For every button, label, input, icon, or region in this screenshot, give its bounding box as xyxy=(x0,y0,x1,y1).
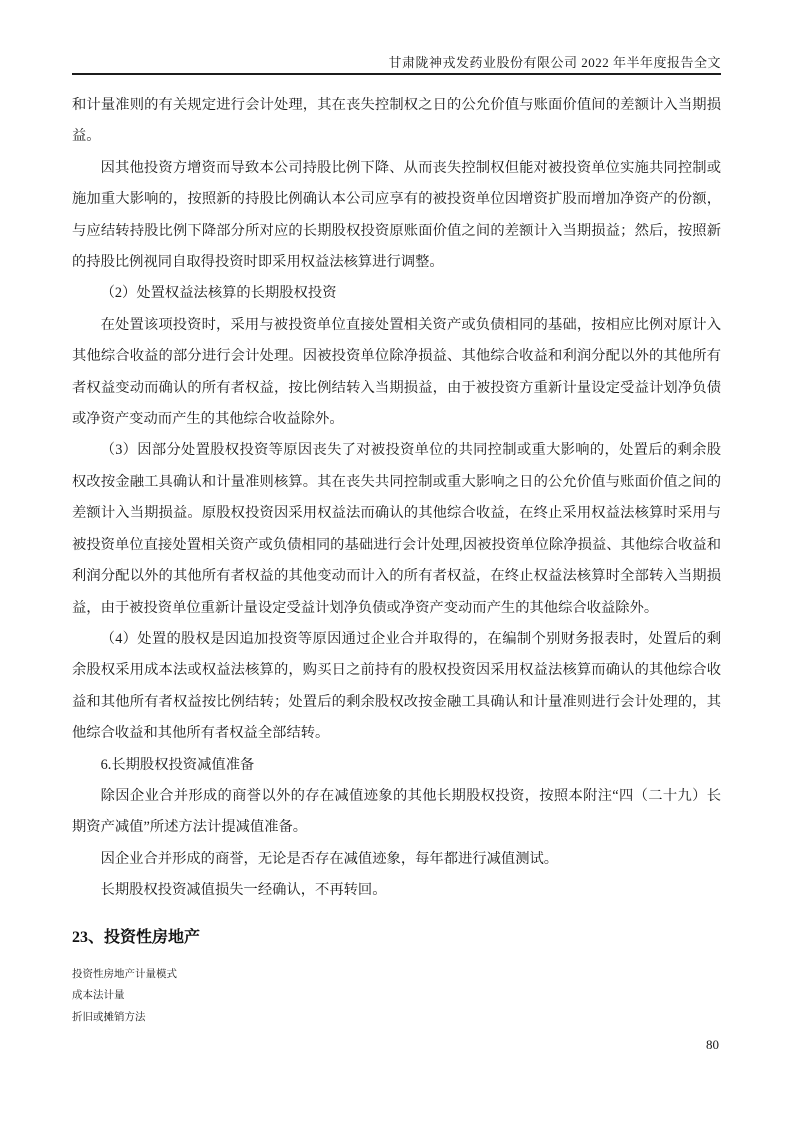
investment-property-details: 投资性房地产计量模式 成本法计量 折旧或摊销方法 xyxy=(72,964,721,1029)
page-header-title: 甘肃陇神戎发药业股份有限公司 2022 年半年度报告全文 xyxy=(72,54,721,71)
paragraph: 除因企业合并形成的商誉以外的存在减值迹象的其他长期股权投资，按照本附注“四（二十… xyxy=(72,781,721,844)
depreciation-method-label: 折旧或摊销方法 xyxy=(72,1007,721,1029)
header-rule xyxy=(72,73,721,75)
page-number: 80 xyxy=(706,1037,719,1053)
subsection-heading-3: （3）因部分处置股权投资等原因丧失了对被投资单位的共同控制或重大影响的，处置后的… xyxy=(72,435,721,623)
paragraph: 因其他投资方增资而导致本公司持股比例下降、从而丧失控制权但能对被投资单位实施共同… xyxy=(72,153,721,279)
measurement-model-label: 投资性房地产计量模式 xyxy=(72,964,721,986)
document-body: 和计量准则的有关规定进行会计处理，其在丧失控制权之日的公允价值与账面价值间的差额… xyxy=(72,90,721,1028)
section-heading-investment-property: 23、投资性房地产 xyxy=(72,927,721,949)
paragraph: 长期股权投资减值损失一经确认，不再转回。 xyxy=(72,875,721,906)
subsection-heading-2: （2）处置权益法核算的长期股权投资 xyxy=(72,278,721,309)
subsection-heading-6: 6.长期股权投资减值准备 xyxy=(72,750,721,781)
cost-method-label: 成本法计量 xyxy=(72,985,721,1007)
paragraph-continuation: 和计量准则的有关规定进行会计处理，其在丧失控制权之日的公允价值与账面价值间的差额… xyxy=(72,90,721,153)
paragraph: 因企业合并形成的商誉，无论是否存在减值迹象，每年都进行减值测试。 xyxy=(72,844,721,875)
subsection-heading-4: （4）处置的股权是因追加投资等原因通过企业合并取得的，在编制个别财务报表时，处置… xyxy=(72,624,721,750)
paragraph: 在处置该项投资时，采用与被投资单位直接处置相关资产或负债相同的基础，按相应比例对… xyxy=(72,310,721,436)
report-page: 甘肃陇神戎发药业股份有限公司 2022 年半年度报告全文 和计量准则的有关规定进… xyxy=(0,0,793,1122)
